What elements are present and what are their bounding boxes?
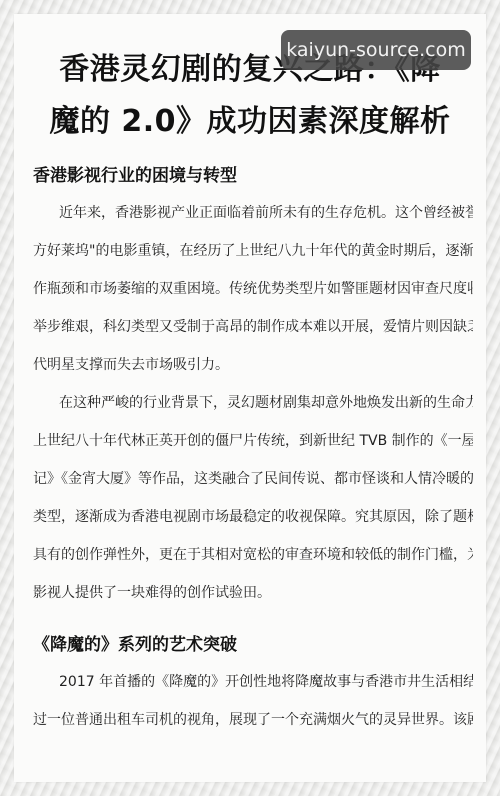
paragraph: 在这种严峻的行业背景下，灵幻题材剧集却意外地焕发出新的生命力。从 上世纪八十年代… [33,392,473,620]
article-card: kaiyun-source.com 香港灵幻剧的复兴之路：《降 魔的 2.0》成… [14,14,486,782]
watermark-badge: kaiyun-source.com [281,30,471,70]
paragraph-line: 近年来，香港影视产业正面临着前所未有的生存危机。这个曾经被誉为"东 [33,202,473,240]
paragraph-line: 类型，逐渐成为香港电视剧市场最稳定的收视保障。究其原因，除了题材本身 [33,506,473,544]
paragraph-line: 上世纪八十年代林正英开创的僵尸片传统，到新世纪 TVB 制作的《一屋老友 [33,430,473,468]
section-heading: 《降魔的》系列的艺术突破 [33,633,237,657]
paragraph-line: 作瓶颈和市场萎缩的双重困境。传统优势类型片如警匪题材因审查尺度收紧而 [33,278,473,316]
paragraph-line: 记》《金宵大厦》等作品，这类融合了民间传说、都市怪谈和人情冷暖的剧集 [33,468,473,506]
section-heading: 香港影视行业的困境与转型 [33,164,237,188]
title-line: 魔的 2.0》成功因素深度解析 [14,96,486,148]
paragraph-line: 代明星支撑而失去市场吸引力。 [33,354,473,392]
paragraph-line: 在这种严峻的行业背景下，灵幻题材剧集却意外地焕发出新的生命力。从 [33,392,473,430]
paragraph: 2017 年首播的《降魔的》开创性地将降魔故事与香港市井生活相结合，通 过一位普… [33,671,473,747]
paragraph-line: 举步维艰，科幻类型又受制于高昂的制作成本难以开展，爱情片则因缺乏新生 [33,316,473,354]
paragraph-line: 方好莱坞"的电影重镇，在经历了上世纪八九十年代的黄金时期后，逐渐陷入创 [33,240,473,278]
paragraph-line: 影视人提供了一块难得的创作试验田。 [33,582,473,620]
paragraph-line: 过一位普通出租车司机的视角，展现了一个充满烟火气的灵异世界。该剧在保 [33,709,473,747]
paragraph: 近年来，香港影视产业正面临着前所未有的生存危机。这个曾经被誉为"东 方好莱坞"的… [33,202,473,392]
paragraph-line: 2017 年首播的《降魔的》开创性地将降魔故事与香港市井生活相结合，通 [33,671,473,709]
paragraph-line: 具有的创作弹性外，更在于其相对宽松的审查环境和较低的制作门槛，为香港 [33,544,473,582]
